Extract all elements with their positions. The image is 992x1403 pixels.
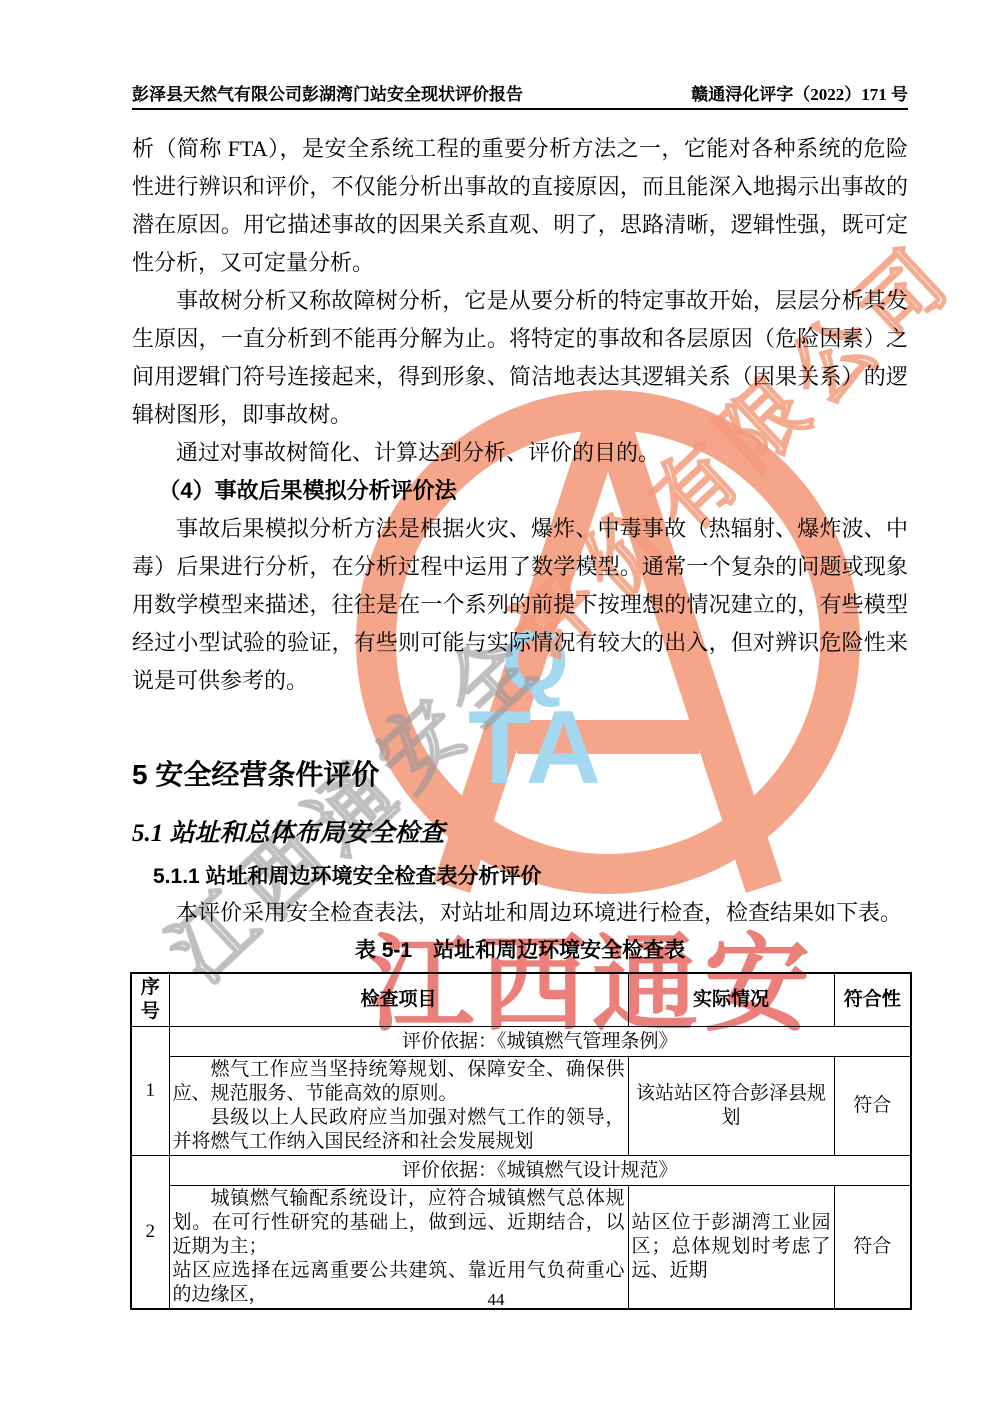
paragraph-fta: 析（简称 FTA），是安全系统工程的重要分析方法之一，它能对各种系统的危险性进行… [132,130,908,282]
column-header-no: 序号 [131,973,169,1027]
row-2-number: 2 [131,1156,169,1310]
body-text: 析（简称 FTA），是安全系统工程的重要分析方法之一，它能对各种系统的危险性进行… [132,130,908,932]
table-row-2-basis: 2 评价依据：《城镇燃气设计规范》 [131,1156,911,1186]
row-1-check-item: 燃气工作应当坚持统筹规划、保障安全、确保供应、规范服务、节能高效的原则。 县级以… [169,1057,628,1156]
page-number: 44 [0,1290,992,1310]
row-2-evaluation-basis: 评价依据：《城镇燃气设计规范》 [169,1156,911,1186]
table-row-1-basis: 1 评价依据：《城镇燃气管理条例》 [131,1027,911,1057]
page-content: 彭泽县天然气有限公司彭湖湾门站安全现状评价报告 赣通浔化评字（2022）171 … [132,0,908,1403]
table-row-1: 燃气工作应当坚持统筹规划、保障安全、确保供应、规范服务、节能高效的原则。 县级以… [131,1057,911,1156]
row-1-actual-situation: 该站站区符合彭泽县规划 [628,1057,834,1156]
row-1-number: 1 [131,1027,169,1156]
row-1-evaluation-basis: 评价依据：《城镇燃气管理条例》 [169,1027,911,1057]
table-header-row: 序号 检查项目 实际情况 符合性 [131,973,911,1027]
row-1-conformity: 符合 [834,1057,911,1156]
document-page: Q TA 江西通安全评价有限公司 江西通安 彭泽县天然气有限公司彭湖湾门站安全现… [0,0,992,1403]
paragraph-checklist-intro: 本评价采用安全检查表法，对站址和周边环境进行检查，检查结果如下表。 [132,894,908,932]
page-header: 彭泽县天然气有限公司彭湖湾门站安全现状评价报告 赣通浔化评字（2022）171 … [132,0,908,110]
header-report-title: 彭泽县天然气有限公司彭湖湾门站安全现状评价报告 [132,80,523,105]
subheading-consequence-simulation: （4）事故后果模拟分析评价法 [132,472,908,510]
row-1-check-item-para-2: 县级以上人民政府应当加强对燃气工作的领导，并将燃气工作纳入国民经济和社会发展规划 [173,1106,625,1154]
column-header-actual-situation: 实际情况 [628,973,834,1027]
column-header-conformity: 符合性 [834,973,911,1027]
safety-checklist-table: 序号 检查项目 实际情况 符合性 1 评价依据：《城镇燃气管理条例》 燃气工作应… [130,972,912,1310]
header-doc-number: 赣通浔化评字（2022）171 号 [691,80,908,105]
paragraph-fault-tree: 事故树分析又称故障树分析，它是从要分析的特定事故开始，层层分析其发生原因，一直分… [132,282,908,434]
paragraph-purpose: 通过对事故树简化、计算达到分析、评价的目的。 [132,434,908,472]
row-2-check-item-para-1: 城镇燃气输配系统设计，应符合城镇燃气总体规划。在可行性研究的基础上，做到远、近期… [173,1187,625,1259]
heading-section-5-1: 5.1 站址和总体布局安全检查 [132,816,908,852]
paragraph-consequence-simulation: 事故后果模拟分析方法是根据火灾、爆炸、中毒事故（热辐射、爆炸波、中毒）后果进行分… [132,510,908,700]
heading-section-5-1-1: 5.1.1 站址和周边环境安全检查表分析评价 [132,860,908,894]
column-header-check-item: 检查项目 [169,973,628,1027]
row-1-check-item-para-1: 燃气工作应当坚持统筹规划、保障安全、确保供应、规范服务、节能高效的原则。 [173,1058,625,1106]
table-caption: 表 5-1 站址和周边环境安全检查表 [132,936,908,966]
heading-chapter-5: 5 安全经营条件评价 [132,754,908,796]
